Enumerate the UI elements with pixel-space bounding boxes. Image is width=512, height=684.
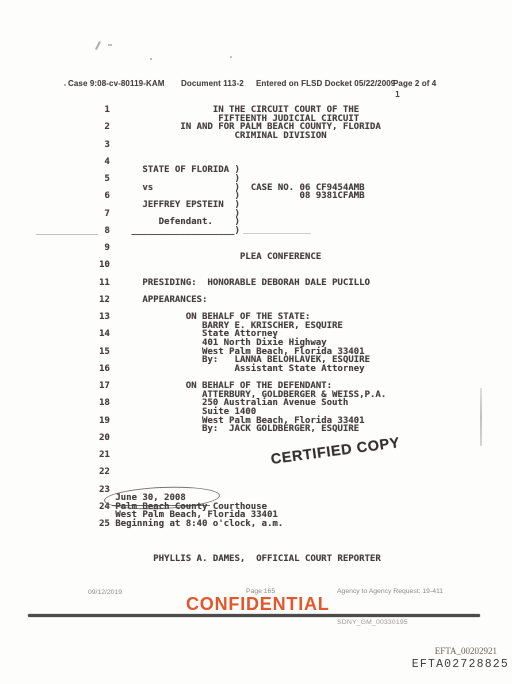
scan-artifact-dash-right [243,233,311,234]
scan-artifact-vertical-line [480,388,482,446]
bates-number-efta-large: EFTA02728825 [412,658,509,671]
scan-artifact-dash-left [36,234,98,235]
date-underline-annotation [112,505,210,506]
confidential-stamp: CONFIDENTIAL [186,594,330,615]
scanned-court-document-page: Case 9:08-cv-80119-KAM Document 113-2 En… [0,0,512,684]
docket-case-number: Case 9:08-cv-80119-KAM [68,79,164,88]
transcript-page-number: 1 [395,90,400,99]
scan-artifact-speck [230,56,232,58]
docket-entered-stamp: Entered on FLSD Docket 05/22/2009 [256,79,395,88]
footer-production-date: 09/12/2019 [88,589,122,596]
bates-number-efta-small: EFTA_00202921 [435,646,497,656]
scan-artifact-pen-mark [108,44,112,46]
footer-agency-request: Agency to Agency Request: 19-411 [337,588,443,595]
docket-document-number: Document 113-2 [181,79,244,88]
scan-artifact-speck [150,58,152,60]
docket-page-indicator: Page 2 of 4 [393,79,436,88]
scan-artifact-speck [64,84,66,86]
scan-artifact-pen-mark [95,41,101,50]
scan-page-bottom-edge [28,614,480,617]
bates-number-sdny: SDNY_GM_00330195 [337,619,408,626]
